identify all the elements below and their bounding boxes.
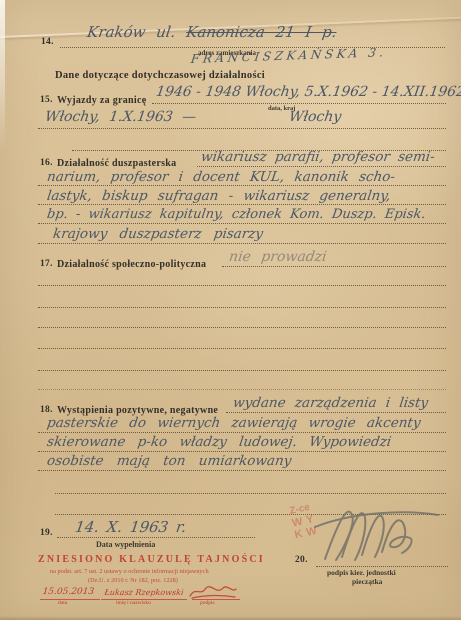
field18-dotted-line1 — [226, 412, 446, 413]
signature-scribble — [310, 497, 450, 565]
field16-handwritten-line2: narium, profesor i docent KUL, kanonik s… — [46, 169, 396, 185]
scan-edge-bottom — [0, 616, 461, 620]
field19-number: 19. — [40, 528, 53, 538]
field17-blank-line2 — [38, 307, 446, 308]
field16-number: 16. — [40, 158, 53, 168]
field17-pencil-note: nie prowadzi — [228, 249, 328, 265]
field18-dotted-line2 — [38, 432, 446, 433]
field16-dotted-line2 — [38, 185, 446, 186]
field16-handwritten-line4: bp. - wikariusz kapitulny, członek Kom. … — [46, 207, 427, 222]
field17-blank-line6 — [38, 389, 446, 390]
field20-caption1: podpis kier. jednostki — [327, 568, 396, 577]
declassification-name-caption: imię i nazwisko — [116, 600, 151, 606]
field15-handwritten-line2: Włochy, 1.X.1963 — — [44, 109, 197, 125]
field17-blank-line1 — [38, 285, 446, 286]
field18-handwritten-line1: wydane zarządzenia i listy — [232, 395, 429, 411]
declassification-date-caption: data — [58, 600, 67, 606]
field16-dotted-line5 — [38, 243, 446, 244]
field19-dotted-line — [57, 537, 255, 538]
scanned-form-page: 14. Kraków ul. Kanonicza 21 I p. adres z… — [0, 0, 461, 620]
declassification-name: Łukasz Rzepkowski — [104, 588, 184, 597]
field18-handwritten-line3: skierowane p-ko władzy ludowej. Wypowied… — [46, 434, 392, 450]
section-heading: Dane dotyczące dotychczasowej działalnoś… — [55, 70, 265, 81]
field16-dotted-line3 — [38, 204, 446, 205]
field15-number: 15. — [40, 95, 53, 105]
field17-dotted-line1 — [222, 266, 446, 267]
field16-label: Działalność duszpasterska — [57, 158, 176, 169]
field15-dotted-line1 — [152, 103, 446, 104]
field19-handwritten-date: 14. X. 1963 r. — [74, 518, 188, 536]
field17-blank-line4 — [38, 348, 446, 349]
field19-caption: Data wypełnienia — [96, 540, 155, 549]
field18-blank-line1 — [55, 493, 446, 494]
field16-handwritten-line3: lastyk, biskup sufragan - wikariusz gene… — [46, 188, 392, 204]
declassification-date: 15.05.2013 — [42, 587, 95, 597]
field15-handwritten-line2b: Włochy — [288, 109, 342, 125]
declassification-sign-caption: podpis — [200, 600, 215, 606]
field17-blank-line3 — [38, 327, 446, 328]
field18-number: 18. — [40, 405, 53, 415]
field16-handwritten-line5: krajowy duszpasterz pisarzy — [52, 226, 264, 242]
field16-dotted-line4 — [38, 223, 446, 224]
field16-dotted-line1 — [197, 166, 446, 167]
field15-dotted-line2 — [38, 128, 446, 129]
declassification-date-line — [40, 599, 100, 600]
scan-edge-left — [0, 0, 5, 150]
field20-number: 20. — [295, 555, 308, 565]
field14-handwritten-address: Kraków ul. Kanonicza 21 I p. — [86, 23, 338, 41]
field14-address-struck: Kanonicza 21 I p. — [185, 23, 338, 41]
field17-blank-line5 — [38, 370, 446, 371]
declassification-stamp-legal2: (Dz.U. z 2010 r. Nr 182, poz. 1228) — [88, 577, 178, 584]
field15-label: Wyjazdy za granicę — [57, 95, 146, 106]
field18-dotted-line3 — [38, 451, 446, 452]
declassification-stamp-title: ZNIESIONO KLAUZULĘ TAJNOŚCI — [38, 554, 265, 565]
field14-address-kept: Kraków ul. — [86, 23, 177, 41]
field20-caption2: pieczątka — [352, 577, 382, 586]
declassification-signature-scribble — [188, 584, 238, 599]
field16-handwritten-line1: wikariusz parafii, profesor semi- — [200, 149, 436, 165]
field17-label: Działalność społeczno-polityczna — [57, 259, 206, 270]
field18-handwritten-line2: pasterskie do wiernych zawierają wrogie … — [46, 415, 422, 431]
field18-dotted-line4 — [38, 470, 446, 471]
field18-handwritten-line4: osobiste mają ton umiarkowany — [46, 453, 292, 469]
field20-dotted-line — [316, 566, 448, 567]
field14-number: 14. — [41, 37, 54, 47]
field17-number: 17. — [40, 259, 53, 269]
field15-handwritten-line1: 1946 - 1948 Włochy, 5.X.1962 - 14.XII.19… — [155, 84, 461, 100]
declassification-stamp-legal1: na podst. art. 7 ust. 2 ustawy o ochroni… — [50, 568, 209, 575]
